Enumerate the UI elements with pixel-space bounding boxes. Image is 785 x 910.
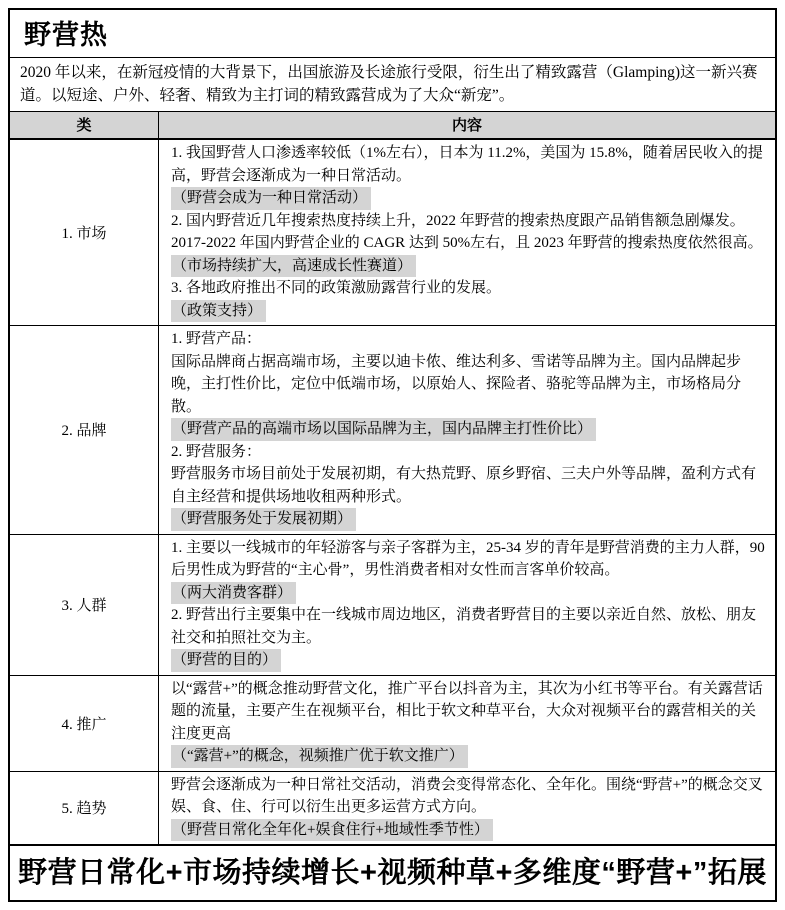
table-header-category: 类 — [10, 112, 159, 140]
highlight-note: （野营会成为一种日常活动） — [171, 187, 767, 210]
category-table: 类 内容 1. 市场 1. 我国野营人口渗透率较低（1%左右），日本为 11.2… — [10, 112, 775, 846]
summary-banner: 野营日常化+市场持续增长+视频种草+多维度“野营+”拓展 — [10, 846, 775, 900]
content-cell-market: 1. 我国野营人口渗透率较低（1%左右），日本为 11.2%，美国为 15.8%… — [159, 140, 775, 326]
content-paragraph: 野营会逐渐成为一种日常社交活动，消费会变得常态化、全年化。围绕“野营+”的概念交… — [171, 774, 767, 819]
category-cell-market: 1. 市场 — [10, 140, 159, 326]
content-cell-trend: 野营会逐渐成为一种日常社交活动，消费会变得常态化、全年化。围绕“野营+”的概念交… — [159, 772, 775, 847]
highlight-note: （“露营+”的概念，视频推广优于软文推广） — [171, 745, 767, 768]
intro-text: 2020 年以来，在新冠疫情的大背景下，出国旅游及长途旅行受限，衍生出了精致露营… — [10, 58, 775, 112]
highlight-note: （野营的目的） — [171, 649, 767, 672]
content-paragraph: 3. 各地政府推出不同的政策激励露营行业的发展。 — [171, 277, 767, 300]
title-block: 野营热 — [10, 10, 775, 58]
content-paragraph: 2. 野营出行主要集中在一线城市周边地区，消费者野营目的主要以亲近自然、放松、朋… — [171, 604, 767, 649]
category-cell-trend: 5. 趋势 — [10, 772, 159, 847]
content-paragraph: 2. 野营服务： — [171, 441, 767, 464]
highlight-note: （政策支持） — [171, 300, 767, 323]
document-sheet: 野营热 2020 年以来，在新冠疫情的大背景下，出国旅游及长途旅行受限，衍生出了… — [8, 8, 777, 902]
content-paragraph: 以“露营+”的概念推动野营文化，推广平台以抖音为主，其次为小红书等平台。有关露营… — [171, 678, 767, 746]
content-cell-promotion: 以“露营+”的概念推动野营文化，推广平台以抖音为主，其次为小红书等平台。有关露营… — [159, 676, 775, 772]
content-cell-people: 1. 主要以一线城市的年轻游客与亲子客群为主，25-34 岁的青年是野营消费的主… — [159, 535, 775, 676]
category-cell-brand: 2. 品牌 — [10, 326, 159, 535]
page-title: 野营热 — [24, 20, 761, 50]
category-cell-people: 3. 人群 — [10, 535, 159, 676]
highlight-note: （两大消费客群） — [171, 582, 767, 605]
content-paragraph: 国际品牌商占据高端市场，主要以迪卡侬、维达利多、雪诺等品牌为主。国内品牌起步晚，… — [171, 351, 767, 419]
content-paragraph: 1. 野营产品： — [171, 328, 767, 351]
highlight-note: （野营服务处于发展初期） — [171, 508, 767, 531]
summary-text: 野营日常化+市场持续增长+视频种草+多维度“野营+”拓展 — [18, 856, 767, 890]
table-header-content: 内容 — [159, 112, 775, 140]
highlight-note: （市场持续扩大，高速成长性赛道） — [171, 255, 767, 278]
content-paragraph: 1. 主要以一线城市的年轻游客与亲子客群为主，25-34 岁的青年是野营消费的主… — [171, 537, 767, 582]
content-paragraph: 1. 我国野营人口渗透率较低（1%左右），日本为 11.2%，美国为 15.8%… — [171, 142, 767, 187]
content-cell-brand: 1. 野营产品： 国际品牌商占据高端市场，主要以迪卡侬、维达利多、雪诺等品牌为主… — [159, 326, 775, 535]
content-paragraph: 野营服务市场目前处于发展初期，有大热荒野、原乡野宿、三夫户外等品牌，盈利方式有自… — [171, 463, 767, 508]
category-cell-promotion: 4. 推广 — [10, 676, 159, 772]
highlight-note: （野营日常化全年化+娱食住行+地域性季节性） — [171, 819, 767, 842]
highlight-note: （野营产品的高端市场以国际品牌为主，国内品牌主打性价比） — [171, 418, 767, 441]
content-paragraph: 2. 国内野营近几年搜索热度持续上升，2022 年野营的搜索热度跟产品销售额急剧… — [171, 210, 767, 255]
